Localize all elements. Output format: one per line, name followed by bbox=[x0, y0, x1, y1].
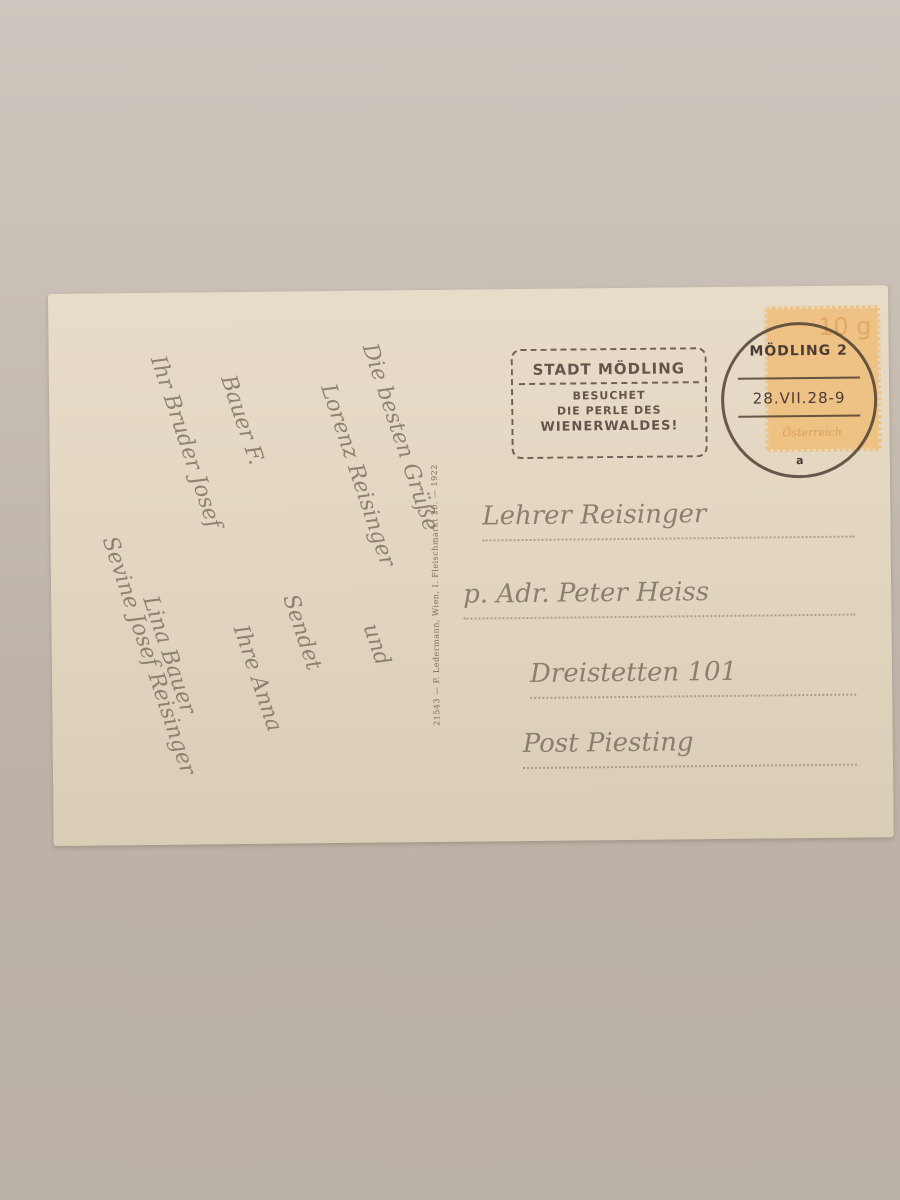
slogan-line-1: STADT MÖDLING bbox=[519, 359, 699, 385]
message-line: und bbox=[358, 621, 395, 669]
postmark-bar bbox=[738, 377, 860, 380]
address-line-2: p. Adr. Peter Heiss bbox=[463, 576, 855, 620]
slogan-cancel-stamp: STADT MÖDLING BESUCHET DIE PERLE DES WIE… bbox=[511, 347, 708, 459]
message-line: Sevine Josef Reisinger bbox=[97, 533, 200, 778]
publisher-imprint: 21543 — P. Ledermann, Wien, I. Fleischma… bbox=[429, 390, 453, 800]
postcard: 21543 — P. Ledermann, Wien, I. Fleischma… bbox=[48, 285, 894, 846]
address-line-1: Lehrer Reisinger bbox=[482, 498, 854, 542]
address-line-3: Dreistetten 101 bbox=[530, 656, 856, 699]
message-line: Ihr Bruder Josef bbox=[145, 353, 226, 532]
postmark-date: 28.VII.28-9 bbox=[724, 388, 874, 408]
postmark-suffix: a bbox=[725, 453, 875, 468]
postmark-cancel: MÖDLING 2 28.VII.28-9 a bbox=[720, 321, 878, 479]
message-line: Sendet bbox=[277, 591, 326, 673]
message-line: Bauer F. bbox=[215, 372, 268, 468]
message-line: Ihre Anna bbox=[228, 622, 287, 735]
postmark-town: MÖDLING 2 bbox=[724, 342, 874, 360]
slogan-line-4: WIENERWALDES! bbox=[513, 417, 705, 437]
address-line-4: Post Piesting bbox=[523, 726, 857, 769]
postmark-bar bbox=[738, 415, 860, 418]
